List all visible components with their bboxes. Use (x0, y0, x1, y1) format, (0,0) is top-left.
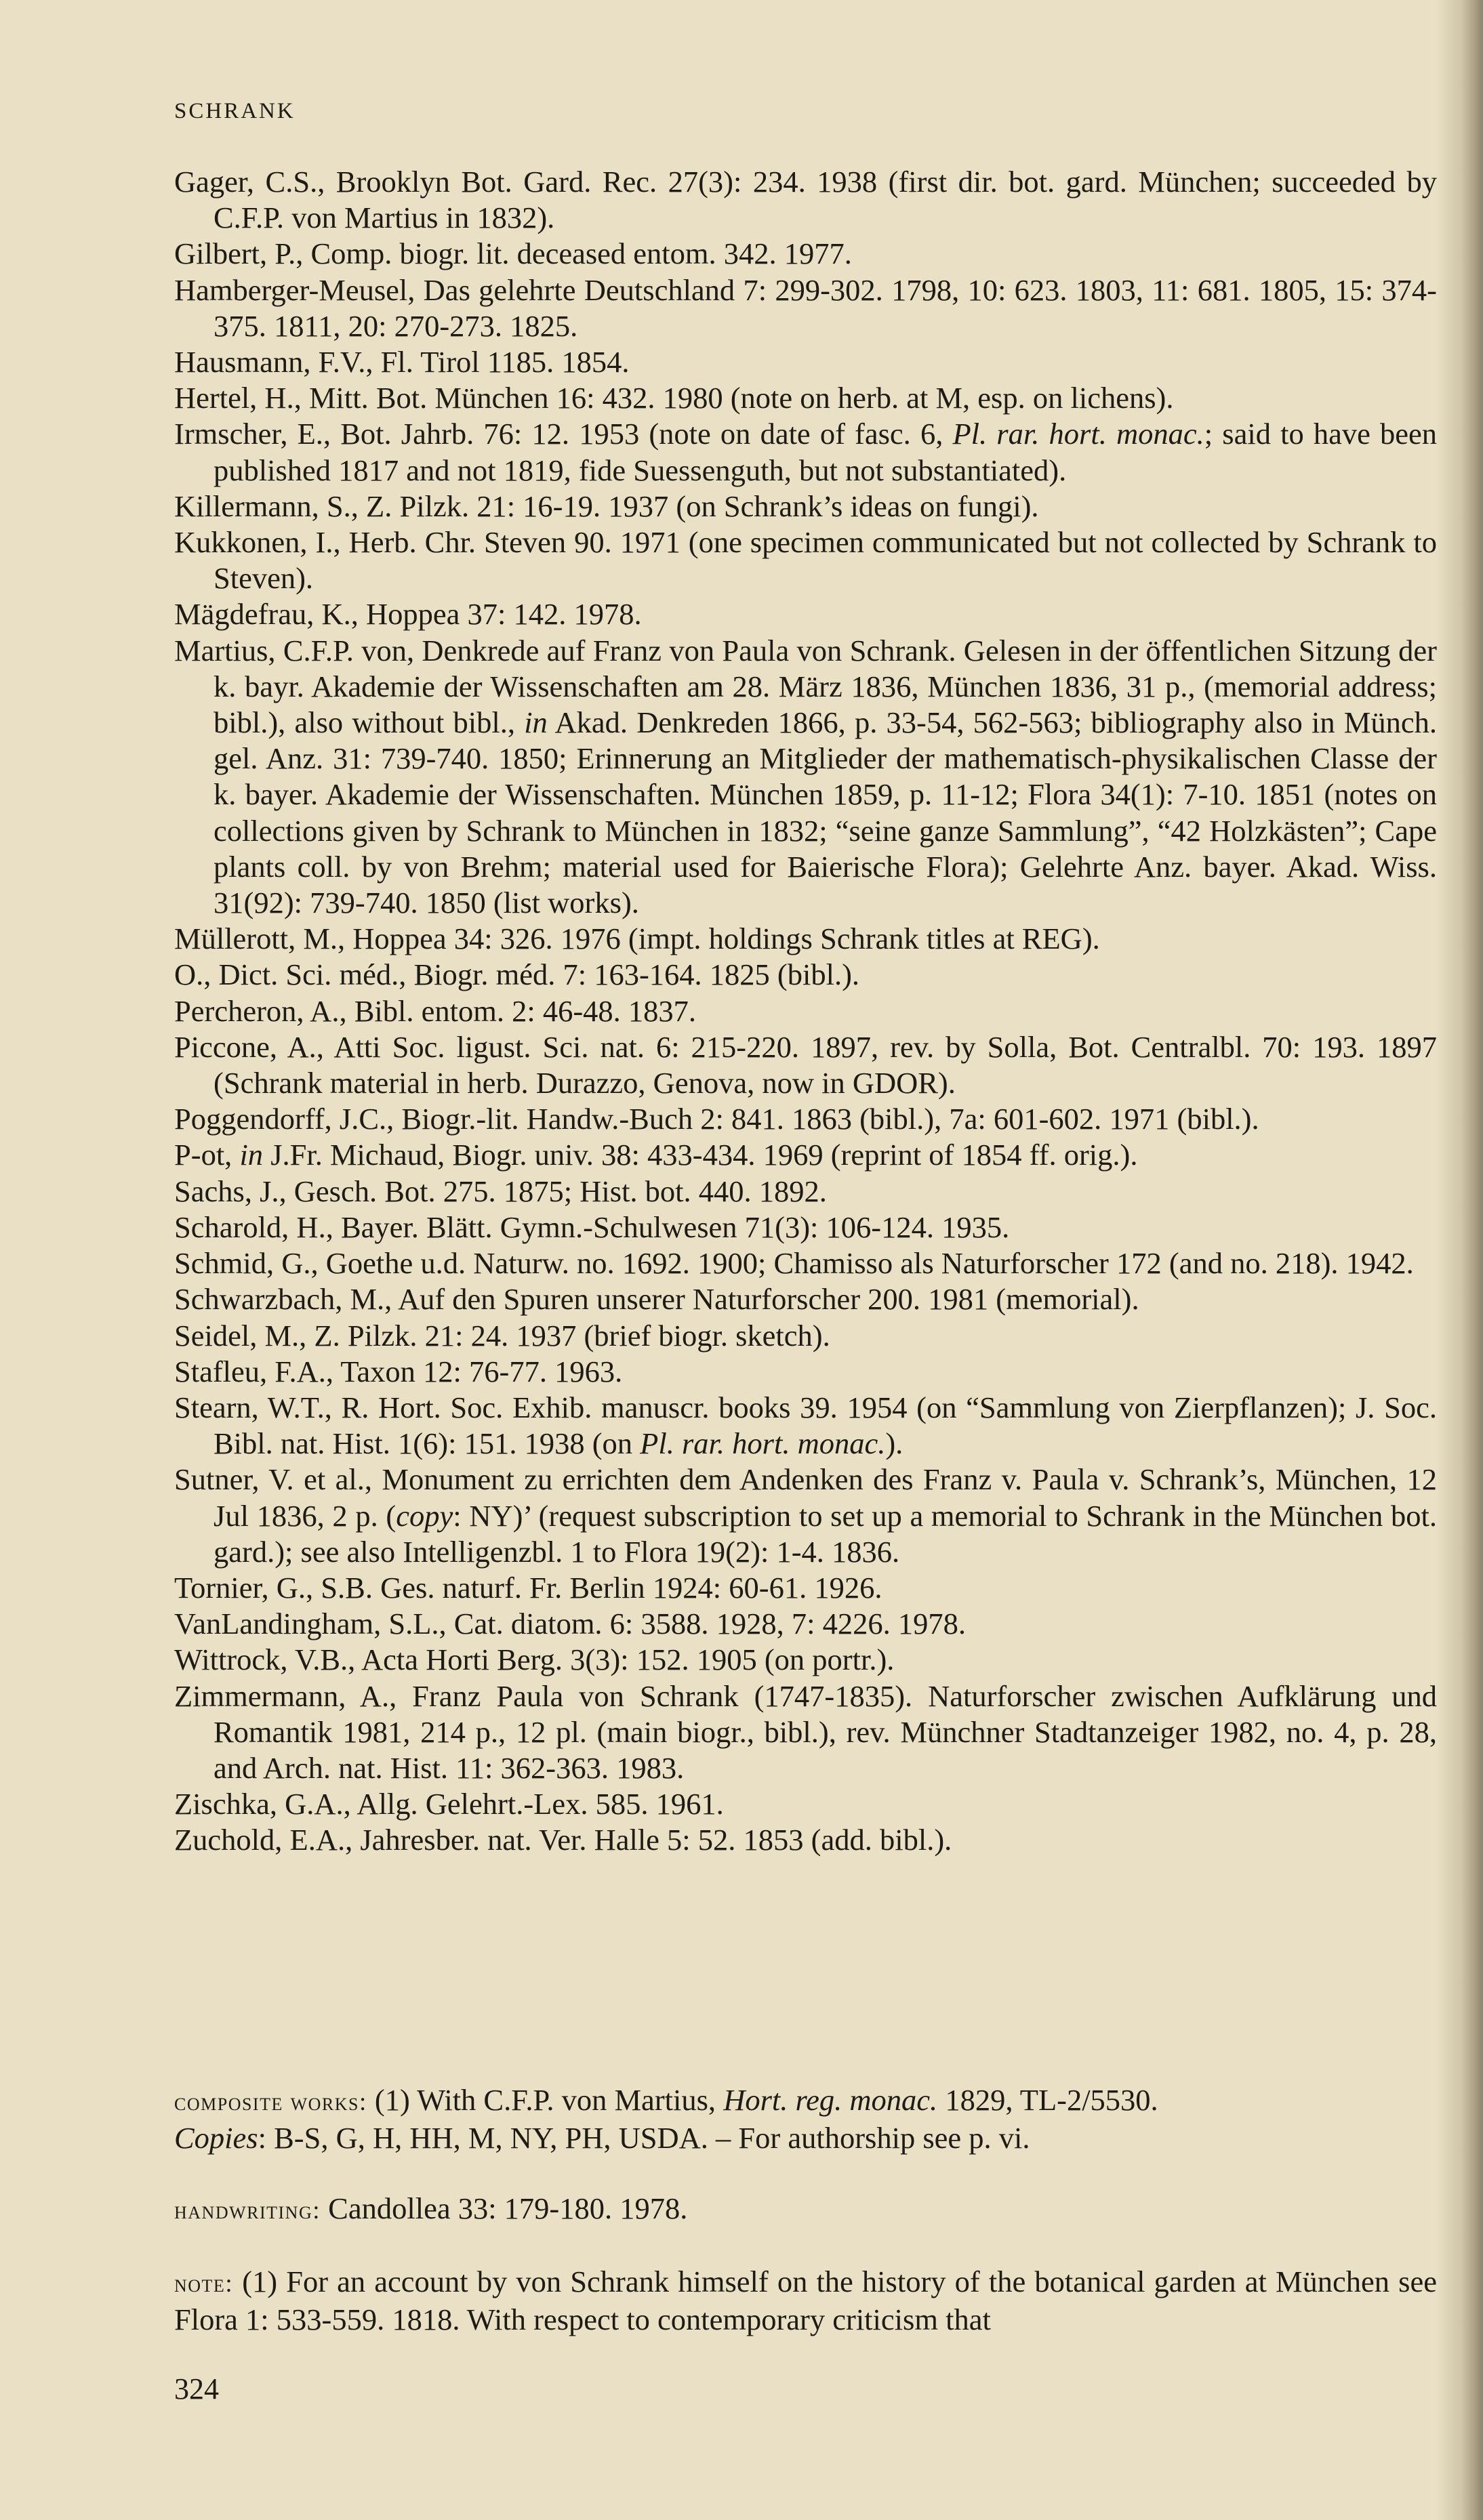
bibliography-entry: Irmscher, E., Bot. Jahrb. 76: 12. 1953 (… (174, 416, 1437, 488)
page-number: 324 (174, 2372, 219, 2406)
bibliography-entry: Percheron, A., Bibl. entom. 2: 46-48. 18… (174, 993, 1437, 1029)
bibliography-entry: Müllerott, M., Hoppea 34: 326. 1976 (imp… (174, 921, 1437, 957)
italic-word: in (524, 705, 548, 739)
running-head: SCHRANK (174, 99, 296, 124)
bibliography-entry: Sachs, J., Gesch. Bot. 275. 1875; Hist. … (174, 1174, 1437, 1210)
bibliography-entry: Schmid, G., Goethe u.d. Naturw. no. 1692… (174, 1245, 1437, 1281)
section-label: HANDWRITING: (174, 2197, 321, 2225)
bibliography-entry: VanLandingham, S.L., Cat. diatom. 6: 358… (174, 1606, 1437, 1642)
bibliography-entry: Hertel, H., Mitt. Bot. München 16: 432. … (174, 380, 1437, 416)
bibliography-entry: Piccone, A., Atti Soc. ligust. Sci. nat.… (174, 1029, 1437, 1101)
bibliography-entry: Sutner, V. et al., Monument zu errichten… (174, 1462, 1437, 1570)
copies-label: Copies (174, 2121, 258, 2155)
italic-title: Pl. rar. hort. monac. (952, 417, 1204, 451)
bibliography-entry: Mägdefrau, K., Hoppea 37: 142. 1978. (174, 596, 1437, 632)
bibliography-entry: Zuchold, E.A., Jahresber. nat. Ver. Hall… (174, 1822, 1437, 1858)
bibliography-entry: Stafleu, F.A., Taxon 12: 76-77. 1963. (174, 1354, 1437, 1390)
page-edge-shadow (1436, 0, 1483, 2520)
bibliography-entry: Scharold, H., Bayer. Blätt. Gymn.-Schulw… (174, 1210, 1437, 1245)
bibliography-entry: Wittrock, V.B., Acta Horti Berg. 3(3): 1… (174, 1642, 1437, 1678)
note-section: NOTE: (1) For an account by von Schrank … (174, 2264, 1437, 2338)
section-label: NOTE: (174, 2270, 233, 2298)
bibliography-entry: Gilbert, P., Comp. biogr. lit. deceased … (174, 236, 1437, 272)
bibliography-entry: Tornier, G., S.B. Ges. naturf. Fr. Berli… (174, 1570, 1437, 1606)
handwriting-section: HANDWRITING: Candollea 33: 179-180. 1978… (174, 2191, 1437, 2229)
bibliography-entry: Hamberger-Meusel, Das gelehrte Deutschla… (174, 272, 1437, 344)
section-label: COMPOSITE WORKS: (174, 2088, 367, 2116)
bibliography-entry: Zischka, G.A., Allg. Gelehrt.-Lex. 585. … (174, 1786, 1437, 1822)
bibliography-entry: Killermann, S., Z. Pilzk. 21: 16-19. 193… (174, 489, 1437, 524)
bibliography-entry: Martius, C.F.P. von, Denkrede auf Franz … (174, 633, 1437, 922)
bibliography-entry: P-ot, in J.Fr. Michaud, Biogr. univ. 38:… (174, 1137, 1437, 1173)
bibliography-entry: O., Dict. Sci. méd., Biogr. méd. 7: 163-… (174, 957, 1437, 993)
composite-works-section: COMPOSITE WORKS: (1) With C.F.P. von Mar… (174, 2082, 1437, 2156)
bibliography-entry: Poggendorff, J.C., Biogr.-lit. Handw.-Bu… (174, 1101, 1437, 1137)
bibliography-entry: Hausmann, F.V., Fl. Tirol 1185. 1854. (174, 344, 1437, 380)
bibliography-entry: Kukkonen, I., Herb. Chr. Steven 90. 1971… (174, 524, 1437, 596)
bibliography-entry: Schwarzbach, M., Auf den Spuren unserer … (174, 1281, 1437, 1317)
bibliography-list: Gager, C.S., Brooklyn Bot. Gard. Rec. 27… (174, 164, 1437, 1859)
bibliography-entry: Gager, C.S., Brooklyn Bot. Gard. Rec. 27… (174, 164, 1437, 236)
bibliography-entry: Seidel, M., Z. Pilzk. 21: 24. 1937 (brie… (174, 1318, 1437, 1354)
bibliography-entry: Stearn, W.T., R. Hort. Soc. Exhib. manus… (174, 1390, 1437, 1462)
italic-word: copy (396, 1499, 453, 1533)
bibliography-entry: Zimmermann, A., Franz Paula von Schrank … (174, 1678, 1437, 1787)
italic-title: Pl. rar. hort. monac. (640, 1426, 885, 1460)
italic-word: in (239, 1138, 263, 1172)
italic-title: Hort. reg. monac. (723, 2083, 937, 2117)
